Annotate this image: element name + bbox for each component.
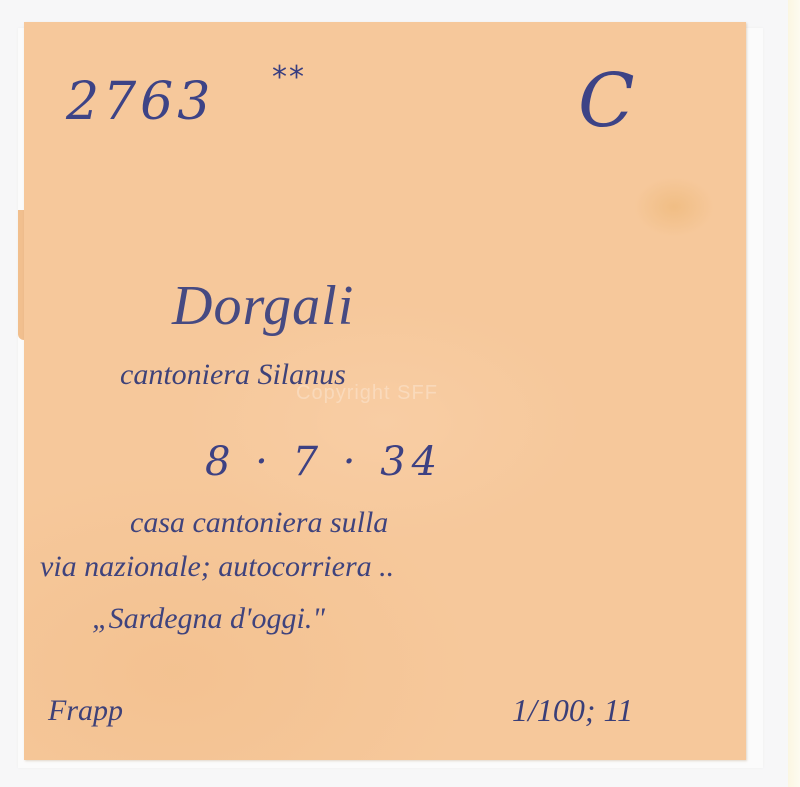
reference-notation: 1/100; 11 <box>512 694 633 726</box>
description-line-2: via nazionale; autocorriera .. <box>40 552 394 582</box>
collection-date: 8 · 7 · 34 <box>205 442 443 482</box>
scan-background: 2763 ** C Dorgali cantoniera Silanus Cop… <box>0 0 800 787</box>
collector-signature: Frapp <box>48 696 123 726</box>
category-letter: C <box>578 64 635 138</box>
accession-number: 2763 <box>66 76 214 128</box>
description-line-3: „Sardegna d'oggi." <box>92 604 325 634</box>
locality-name: Dorgali <box>172 278 354 334</box>
adjacent-sheet-edge <box>788 0 800 787</box>
star-marks-icon: ** <box>272 60 306 95</box>
description-line-1: casa cantoniera sulla <box>130 508 388 538</box>
copyright-watermark: Copyright SFF <box>296 382 438 405</box>
